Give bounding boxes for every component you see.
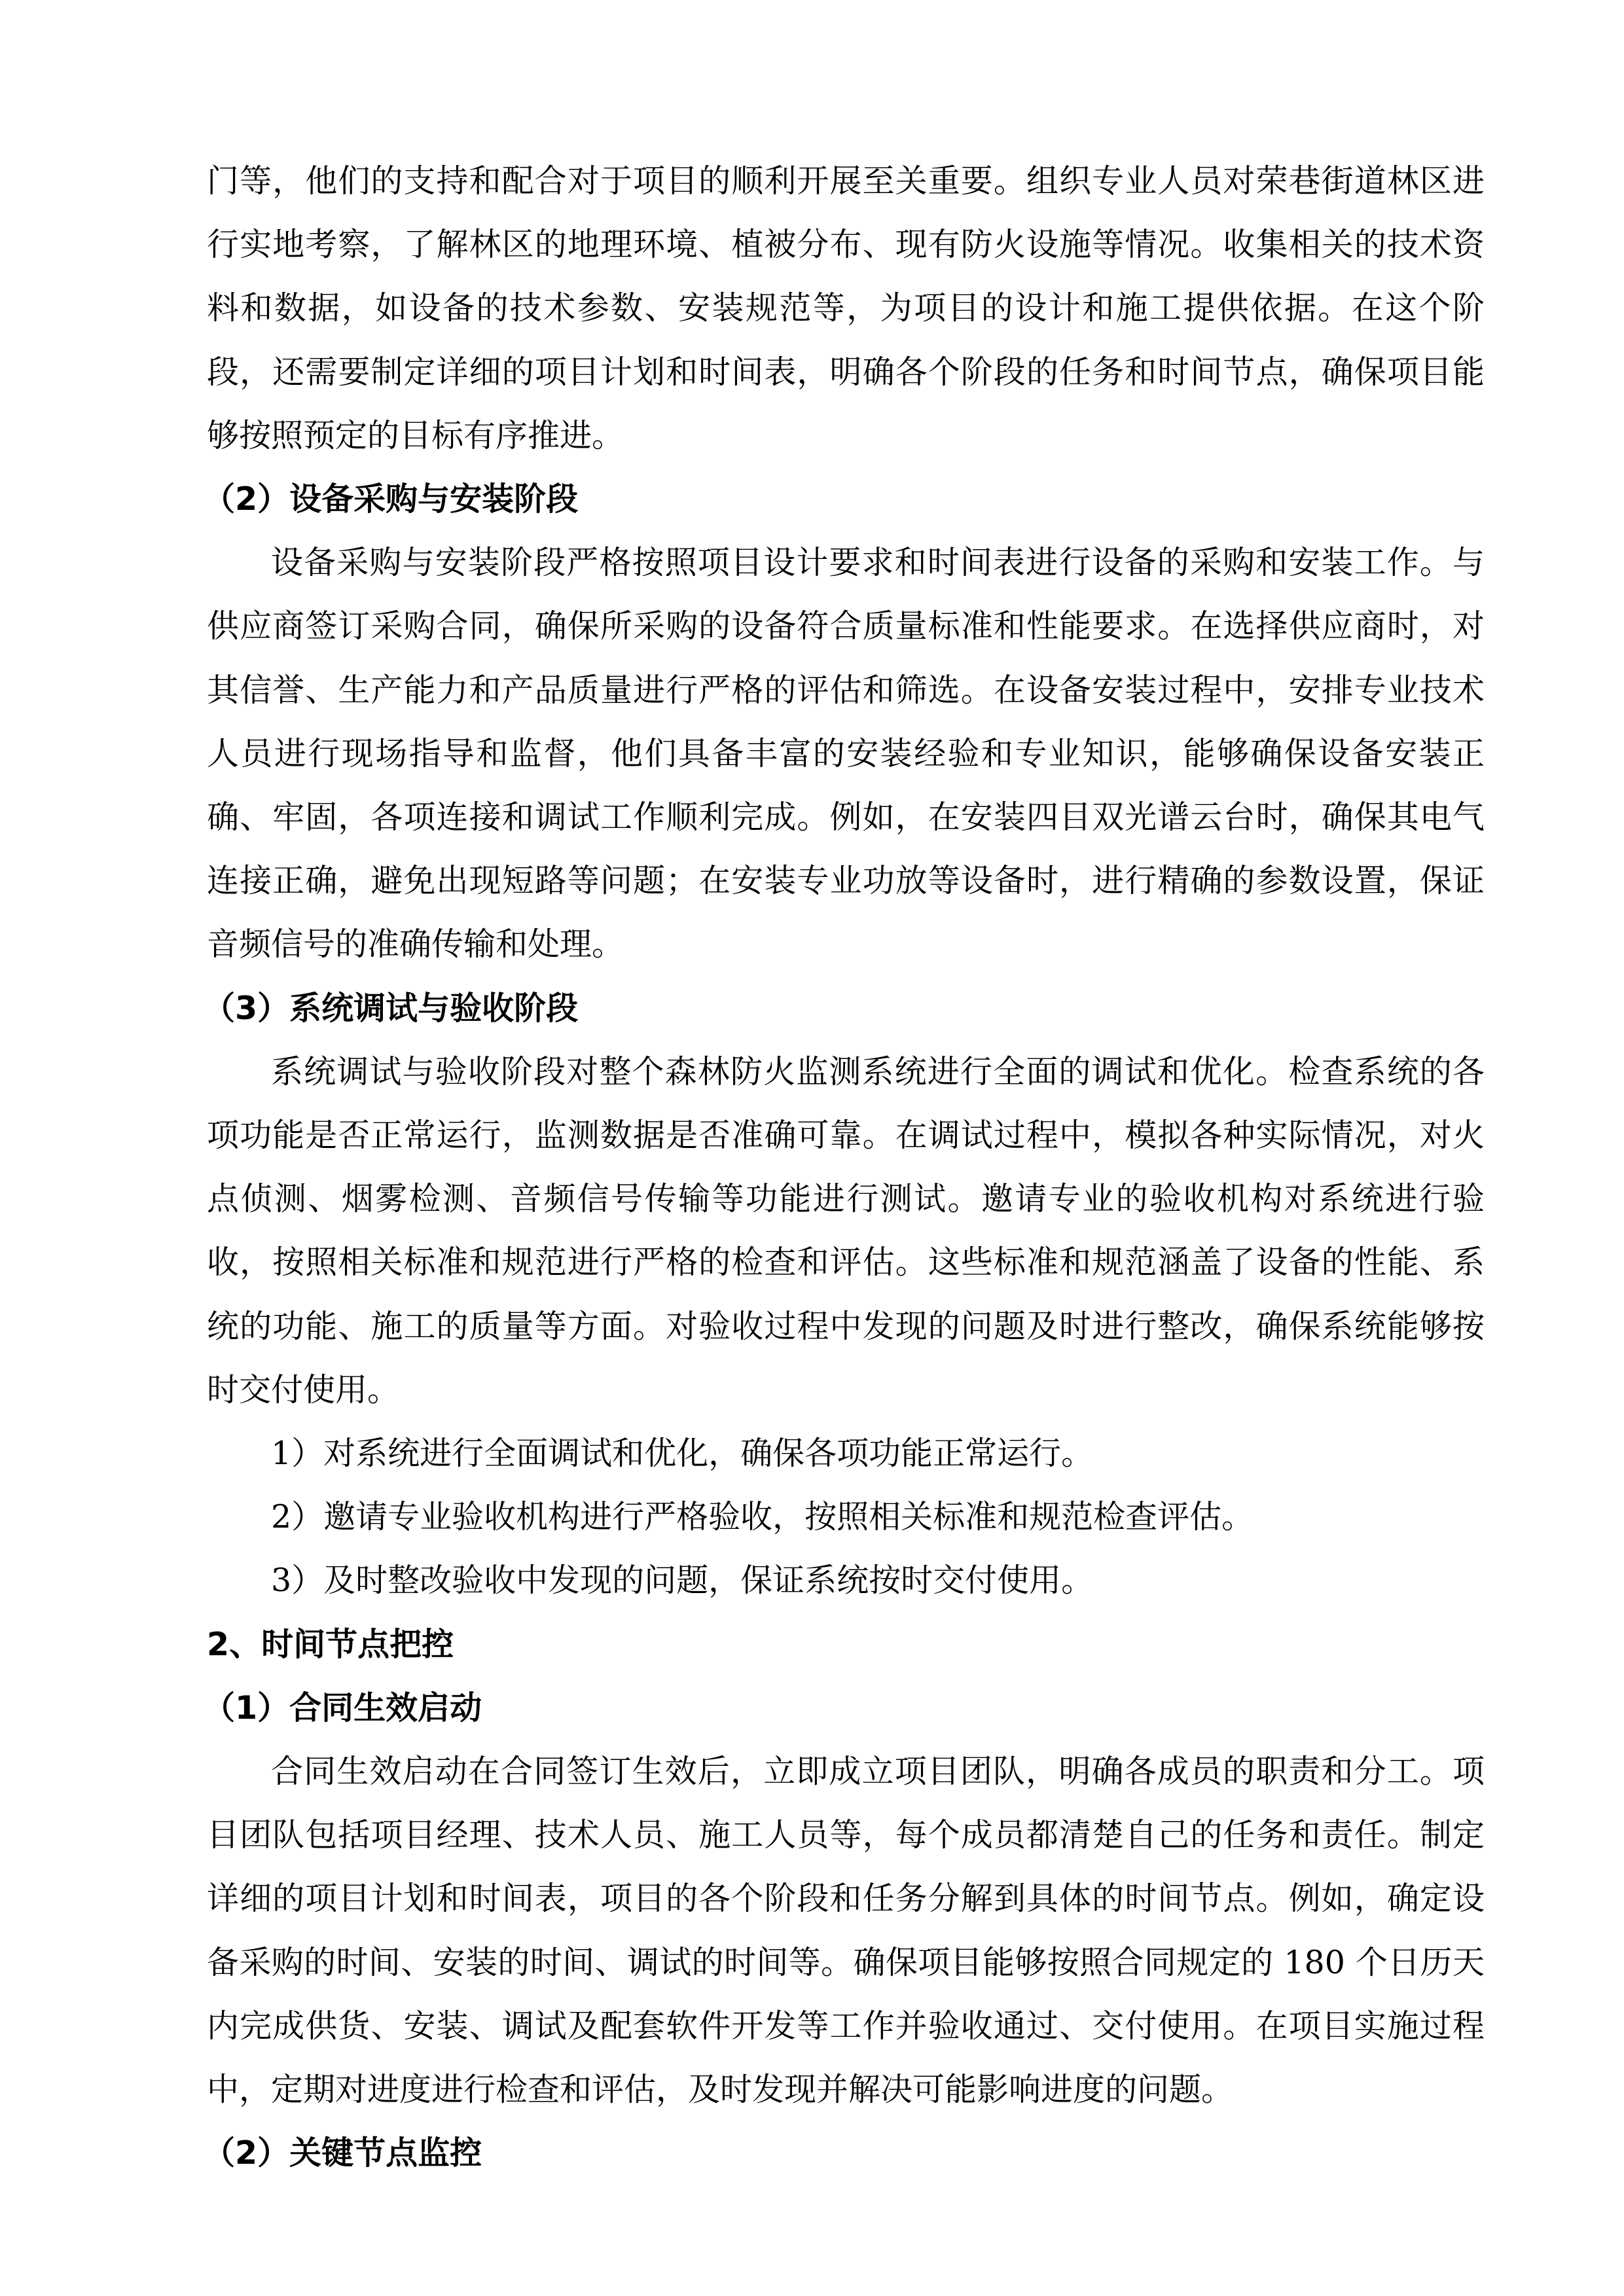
paragraph-system-debug: 系统调试与验收阶段对整个森林防火监测系统进行全面的调试和优化。检查系统的各项功能… [207,1040,1485,1422]
paragraph-equipment-procurement: 设备采购与安装阶段严格按照项目设计要求和时间表进行设备的采购和安装工作。与供应商… [207,531,1485,976]
paragraph-contract-start: 合同生效启动在合同签订生效后，立即成立项目团队，明确各成员的职责和分工。项目团队… [207,1740,1485,2121]
list-item-1: 1）对系统进行全面调试和优化，确保各项功能正常运行。 [207,1422,1485,1485]
heading-contract-start: （1）合同生效启动 [203,1676,1485,1740]
list-item-2: 2）邀请专业验收机构进行严格验收，按照相关标准和规范检查评估。 [207,1485,1485,1549]
heading-key-node-monitoring: （2）关键节点监控 [203,2121,1485,2185]
list-item-3: 3）及时整改验收中发现的问题，保证系统按时交付使用。 [207,1549,1485,1612]
section-heading-timeline-control: 2、时间节点把控 [207,1613,1485,1676]
paragraph-intro-continued: 门等，他们的支持和配合对于项目的顺利开展至关重要。组织专业人员对荣巷街道林区进行… [207,149,1485,467]
heading-system-debug-acceptance: （3）系统调试与验收阶段 [203,977,1485,1040]
document-page: 门等，他们的支持和配合对于项目的顺利开展至关重要。组织专业人员对荣巷街道林区进行… [207,149,1485,2185]
heading-equipment-procurement-installation: （2）设备采购与安装阶段 [203,467,1485,531]
